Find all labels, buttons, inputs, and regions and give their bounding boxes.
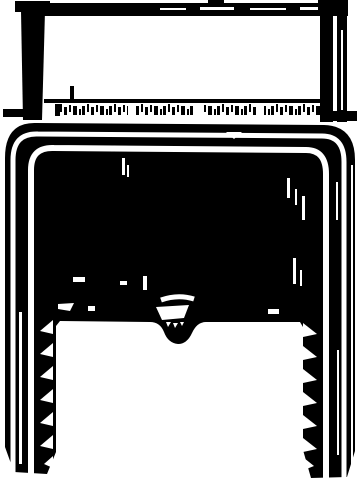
scratch (122, 158, 125, 175)
scratch (295, 189, 297, 205)
scratch (127, 165, 129, 177)
scratch (120, 281, 127, 285)
scratch (293, 258, 296, 284)
left-jamb-stripe (19, 312, 22, 464)
rail-highlight (160, 8, 186, 10)
scratch (88, 306, 95, 311)
scratch (268, 309, 279, 314)
frieze-tick-row (54, 104, 322, 117)
frieze-gap (193, 104, 202, 117)
shelf-end-left (3, 109, 37, 117)
rail-top-nick (208, 0, 224, 4)
frieze-start-glyph (55, 104, 60, 116)
panel-nick (70, 86, 74, 100)
scratch (287, 178, 290, 198)
frieze-band (54, 104, 322, 117)
right-jamb-stripe (351, 165, 353, 471)
scratch (143, 276, 147, 290)
scratch (300, 270, 302, 286)
frieze-gap (258, 104, 264, 117)
rail-highlight (250, 8, 286, 10)
scratch (302, 196, 305, 220)
fireplace-engraving-figure (0, 0, 360, 486)
shelf-end-right (324, 111, 357, 121)
frieze-gap (128, 104, 135, 117)
scratch (73, 277, 85, 282)
right-post-cap (318, 0, 348, 16)
engraving-canvas (0, 0, 360, 486)
right-jamb-stripe (336, 182, 338, 220)
rail-highlight (200, 7, 234, 10)
left-post (21, 11, 45, 120)
right-jamb-stripe (337, 350, 339, 455)
mirror-bottom-edge (44, 99, 320, 103)
right-post-highlight (341, 30, 343, 110)
